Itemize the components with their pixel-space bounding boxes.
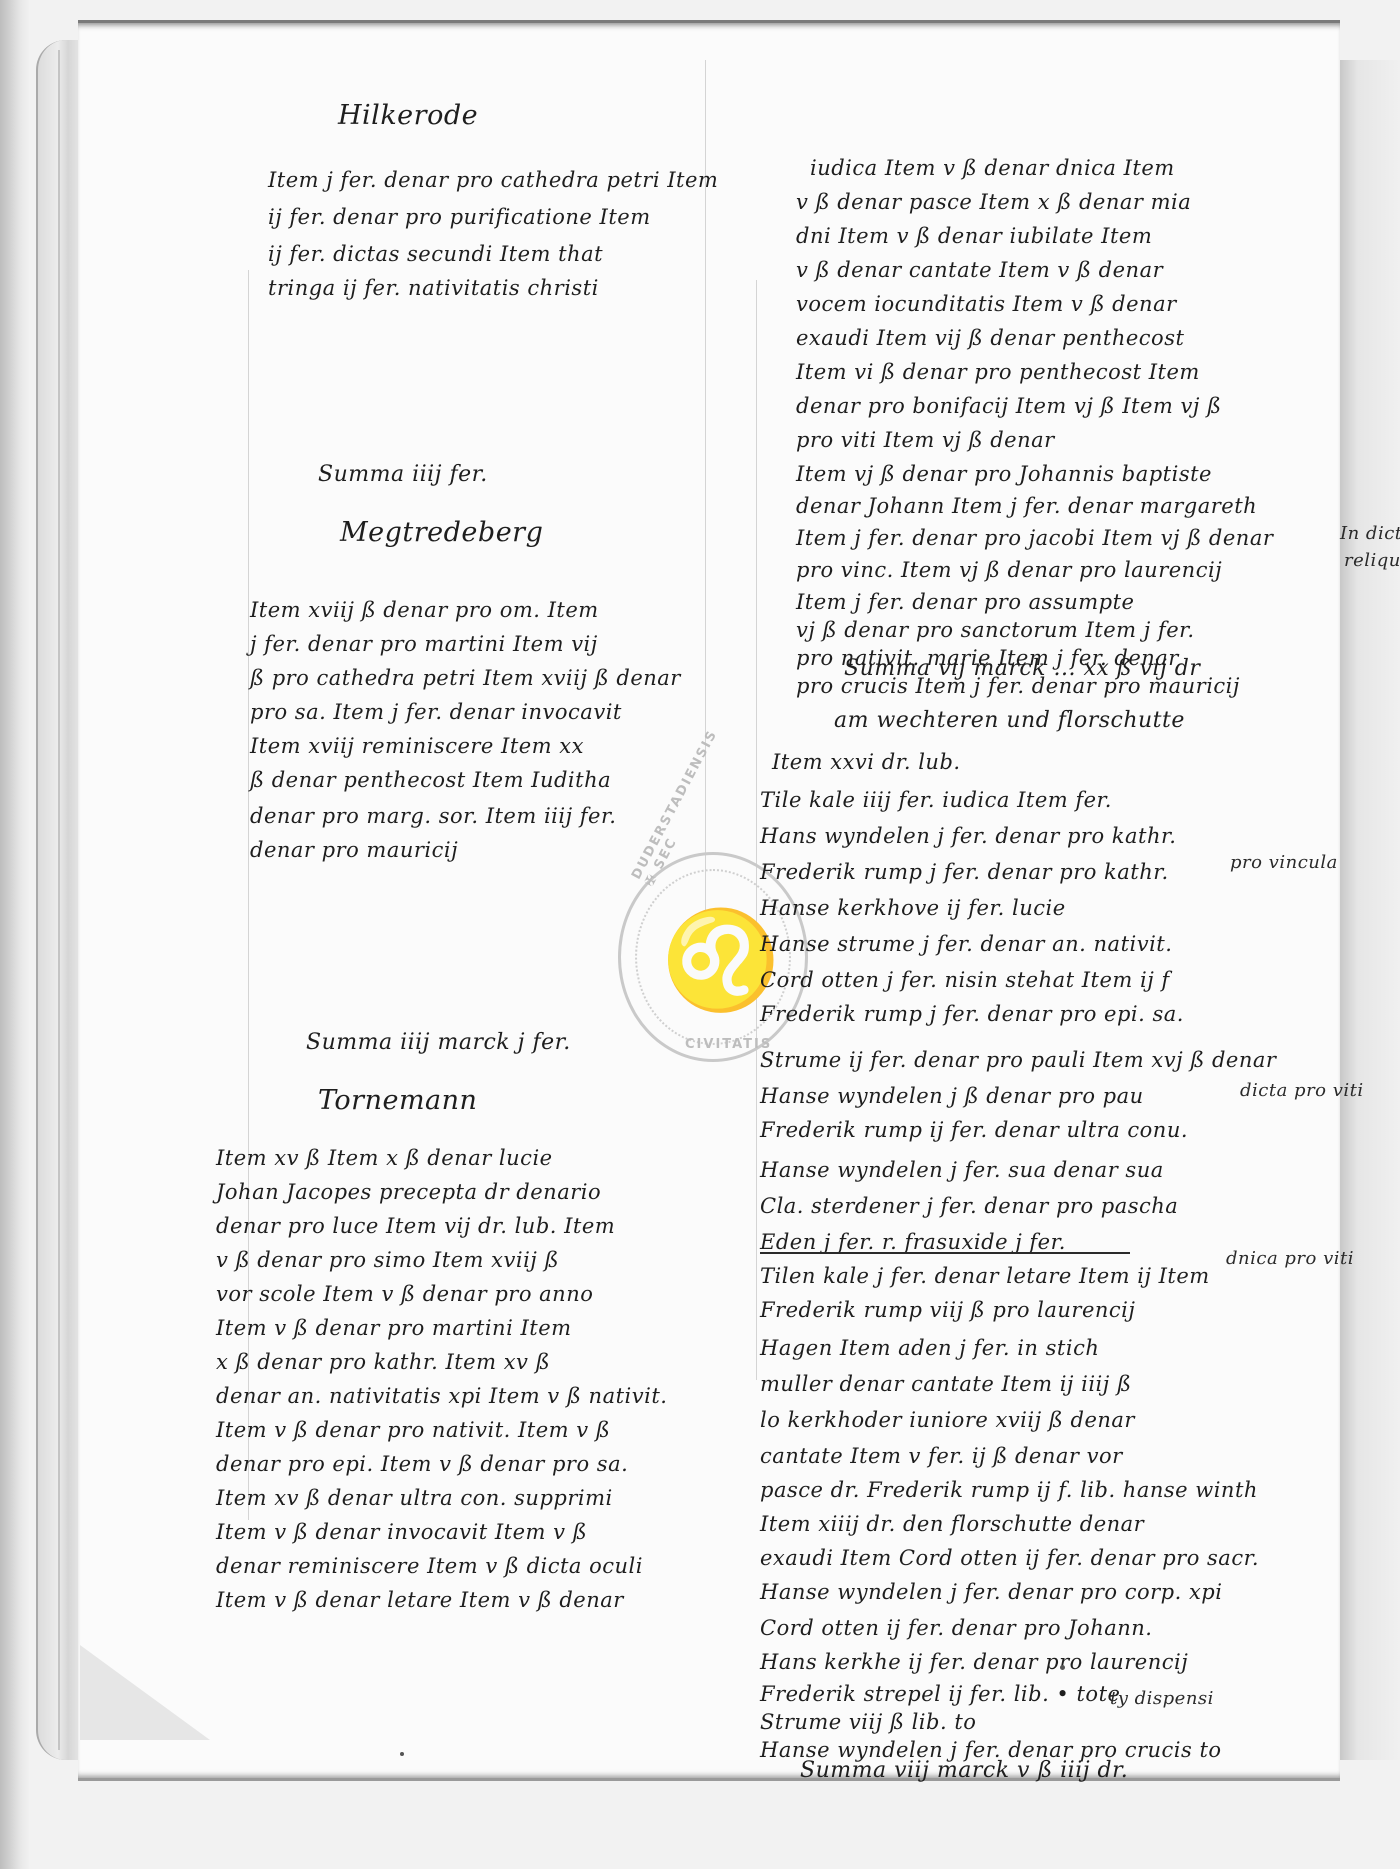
entry-line: v ß denar cantate Item v ß denar bbox=[796, 260, 1163, 281]
folded-corner bbox=[80, 1645, 210, 1740]
entry-line: Item xv ß Item x ß denar lucie bbox=[216, 1148, 553, 1169]
summa-line: Summa iiij fer. bbox=[318, 462, 488, 487]
summa-line: Summa vij marck ... xx ß vij dr bbox=[844, 656, 1200, 681]
entry-line: denar reminiscere Item v ß dicta oculi bbox=[216, 1556, 643, 1577]
margin-note: pro vincula bbox=[1230, 852, 1338, 873]
section-heading: Tornemann bbox=[318, 1085, 477, 1116]
entry-line: v ß denar pasce Item x ß denar mia bbox=[796, 192, 1191, 213]
section-heading: Megtredeberg bbox=[340, 517, 543, 548]
entry-line: Item vj ß denar pro Johannis baptiste bbox=[796, 464, 1212, 485]
binding-shadow bbox=[0, 0, 30, 1869]
outer-margin-note: In dicta bbox=[1340, 523, 1400, 544]
margin-note: dicta pro viti bbox=[1240, 1080, 1364, 1101]
entry-line: v ß denar pro simo Item xviij ß bbox=[216, 1250, 559, 1271]
entry-line: Cord otten j fer. nisin stehat Item ij f bbox=[760, 970, 1170, 991]
summa-line: Summa viij marck v ß iiij dr. bbox=[800, 1758, 1128, 1783]
entry-line: muller denar cantate Item ij iiij ß bbox=[760, 1374, 1131, 1395]
summa-line: Summa iiij marck j fer. bbox=[306, 1030, 571, 1055]
entry-line: Item j fer. denar pro cathedra petri Ite… bbox=[268, 170, 718, 191]
entry-line: Hans wyndelen j fer. denar pro kathr. bbox=[760, 826, 1176, 847]
margin-note: dnica pro viti bbox=[1226, 1248, 1354, 1269]
strikethrough-line bbox=[760, 1252, 1130, 1254]
entry-line: Frederik rump j fer. denar pro kathr. bbox=[760, 862, 1169, 883]
entry-line: Item v ß denar pro nativit. Item v ß bbox=[216, 1420, 610, 1441]
entry-line: vocem iocunditatis Item v ß denar bbox=[796, 294, 1177, 315]
entry-line: exaudi Item vij ß denar penthecost bbox=[796, 328, 1184, 349]
entry-line: Item v ß denar letare Item v ß denar bbox=[216, 1590, 624, 1611]
entry-line: denar pro marg. sor. Item iiij fer. bbox=[250, 806, 616, 827]
entry-line: vor scole Item v ß denar pro anno bbox=[216, 1284, 593, 1305]
entry-line: denar pro epi. Item v ß denar pro sa. bbox=[216, 1454, 628, 1475]
entry-line: ß pro cathedra petri Item xviij ß denar bbox=[250, 668, 681, 689]
entry-line: denar Johann Item j fer. denar margareth bbox=[796, 496, 1257, 517]
entry-line: Frederik rump j fer. denar pro epi. sa. bbox=[760, 1004, 1184, 1025]
entry-line: Hagen Item aden j fer. in stich bbox=[760, 1338, 1099, 1359]
ruling-line-right-column bbox=[756, 280, 757, 1380]
entry-line: pro vinc. Item vj ß denar pro laurencij bbox=[796, 560, 1222, 581]
entry-line: Cord otten ij fer. denar pro Johann. bbox=[760, 1618, 1152, 1639]
entry-line: Cla. sterdener j fer. denar pro pascha bbox=[760, 1196, 1178, 1217]
entry-line: lo kerkhoder iuniore xviij ß denar bbox=[760, 1410, 1135, 1431]
entry-line: Item xxvi dr. lub. bbox=[772, 752, 961, 773]
entry-line: Item j fer. denar pro assumpte bbox=[796, 592, 1134, 613]
entry-line: Hanse wyndelen j fer. denar pro corp. xp… bbox=[760, 1582, 1222, 1603]
summa-line: am wechteren und florschutte bbox=[834, 708, 1185, 733]
entry-line: ß denar penthecost Item Iuditha bbox=[250, 770, 611, 791]
entry-line: pasce dr. Frederik rump ij f. lib. hanse… bbox=[760, 1480, 1258, 1501]
entry-line: Item xviij ß denar pro om. Item bbox=[250, 600, 599, 621]
entry-line: exaudi Item Cord otten ij fer. denar pro… bbox=[760, 1548, 1259, 1569]
entry-line: Item xviij reminiscere Item xx bbox=[250, 736, 584, 757]
entry-line: Frederik rump ij fer. denar ultra conu. bbox=[760, 1120, 1188, 1141]
entry-line: Frederik strepel ij fer. lib. • tote bbox=[760, 1684, 1120, 1705]
outer-margin-note: reliqua bbox=[1344, 550, 1400, 571]
lion-emblem-icon: ♌ bbox=[661, 905, 771, 1015]
entry-line: ij fer. denar pro purificatione Item bbox=[268, 207, 651, 228]
entry-line: Item vi ß denar pro penthecost Item bbox=[796, 362, 1200, 383]
entry-line: Strume ij fer. denar pro pauli Item xvj … bbox=[760, 1050, 1276, 1071]
entry-line: ij fer. dictas secundi Item that bbox=[268, 244, 603, 265]
entry-line: denar pro bonifacij Item vj ß Item vj ß bbox=[796, 396, 1222, 417]
entry-line: Tile kale iiij fer. iudica Item fer. bbox=[760, 790, 1112, 811]
entry-line: x ß denar pro kathr. Item xv ß bbox=[216, 1352, 550, 1373]
entry-line: Hanse strume j fer. denar an. nativit. bbox=[760, 934, 1172, 955]
entry-line: Item xv ß denar ultra con. supprimi bbox=[216, 1488, 613, 1509]
entry-line: Frederik rump viij ß pro laurencij bbox=[760, 1300, 1135, 1321]
entry-line: Johan Jacopes precepta dr denario bbox=[216, 1182, 601, 1203]
ink-blot bbox=[1060, 1665, 1065, 1670]
entry-line: Hanse wyndelen j fer. sua denar sua bbox=[760, 1160, 1164, 1181]
entry-line: denar an. nativitatis xpi Item v ß nativ… bbox=[216, 1386, 667, 1407]
entry-line: Hanse kerkhove ij fer. lucie bbox=[760, 898, 1066, 919]
entry-line: tringa ij fer. nativitatis christi bbox=[268, 278, 599, 299]
entry-line: dni Item v ß denar iubilate Item bbox=[796, 226, 1152, 247]
entry-line: Eden j fer. r. frasuxide j fer. bbox=[760, 1232, 1066, 1253]
entry-line: Item v ß denar pro martini Item bbox=[216, 1318, 572, 1339]
entry-line: Hans kerkhe ij fer. denar pro laurencij bbox=[760, 1652, 1188, 1673]
entry-line: Strume viij ß lib. to bbox=[760, 1712, 976, 1733]
entry-line: cantate Item v fer. ij ß denar vor bbox=[760, 1446, 1123, 1467]
entry-line: denar pro mauricij bbox=[250, 840, 458, 861]
entry-line: denar pro luce Item vij dr. lub. Item bbox=[216, 1216, 615, 1237]
section-heading: Hilkerode bbox=[338, 100, 478, 131]
entry-line: pro viti Item vj ß denar bbox=[796, 430, 1055, 451]
entry-line: Hanse wyndelen j ß denar pro pau bbox=[760, 1086, 1144, 1107]
ink-speck bbox=[400, 1752, 404, 1756]
margin-note: ty dispensi bbox=[1110, 1688, 1214, 1709]
ruling-line-center bbox=[705, 60, 706, 940]
entry-line: Item xiiij dr. den florschutte denar bbox=[760, 1514, 1144, 1535]
entry-line: vj ß denar pro sanctorum Item j fer. bbox=[796, 620, 1195, 641]
entry-line: j fer. denar pro martini Item vij bbox=[250, 634, 598, 655]
facing-page-edge bbox=[1340, 60, 1400, 1760]
entry-line: iudica Item v ß denar dnica Item bbox=[810, 158, 1175, 179]
entry-line: Item j fer. denar pro jacobi Item vj ß d… bbox=[796, 528, 1273, 549]
entry-line: Tilen kale j fer. denar letare Item ij I… bbox=[760, 1266, 1210, 1287]
entry-line: Item v ß denar invocavit Item v ß bbox=[216, 1522, 587, 1543]
entry-line: pro sa. Item j fer. denar invocavit bbox=[250, 702, 622, 723]
